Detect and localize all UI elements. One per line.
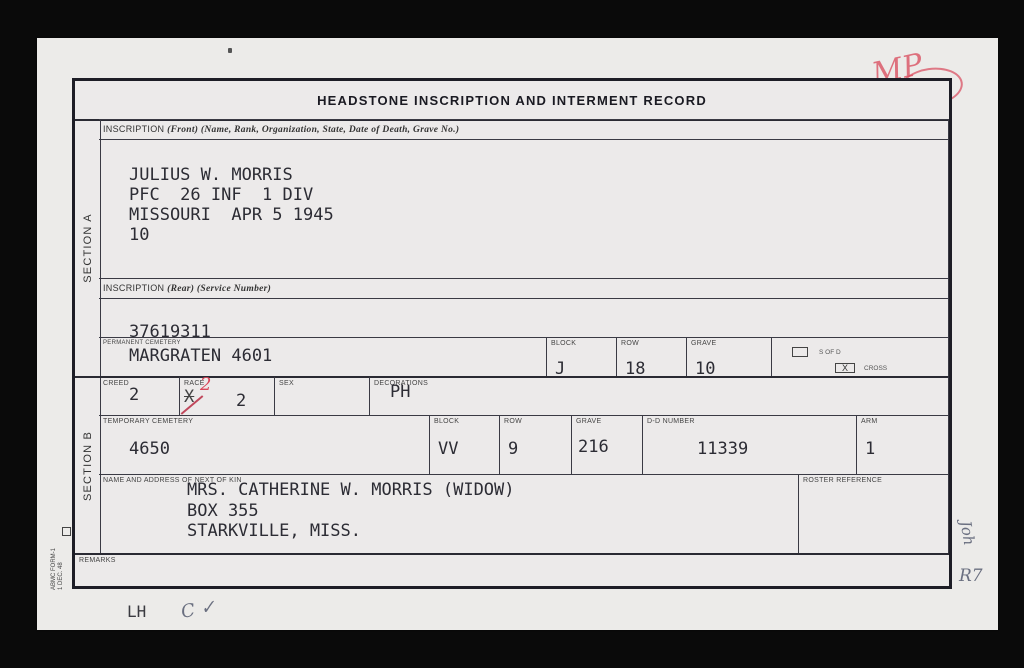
inscription-rear-label-row: INSCRIPTION (Rear) (Service Number) (99, 278, 949, 299)
permanent-cemetery-field[interactable]: PERMANENT CEMETERY MARGRATEN 4601 (99, 337, 547, 377)
side-pencil-note-2: R7 (959, 566, 983, 586)
bottom-pencil-mark: C ✓ (179, 596, 217, 623)
side-pencil-note-1: Joh (956, 519, 978, 546)
race-value: 2 (236, 392, 246, 411)
creed-label: CREED (103, 380, 129, 387)
temp-row-label: ROW (504, 418, 522, 425)
section-b-column: SECTION B (75, 376, 101, 553)
sex-label: SEX (279, 380, 294, 387)
arm-field[interactable]: ARM 1 (856, 415, 949, 475)
inscription-rear-label: INSCRIPTION (Rear) (Service Number) (103, 283, 271, 294)
inscription-front-label-detail: (Front) (Name, Rank, Organization, State… (167, 125, 459, 135)
next-of-kin-line-1: MRS. CATHERINE W. MORRIS (WIDOW) (187, 481, 515, 500)
form-id-line-1: ABMC FORM-1 (51, 548, 58, 590)
form-grid: HEADSTONE INSCRIPTION AND INTERMENT RECO… (72, 78, 952, 589)
temp-grave-label: GRAVE (576, 418, 602, 425)
temp-grave-field[interactable]: GRAVE 216 (571, 415, 643, 475)
permanent-row-field[interactable]: ROW 18 (616, 337, 687, 377)
permanent-grave-field[interactable]: GRAVE 10 (686, 337, 772, 377)
temp-block-field[interactable]: BLOCK VV (429, 415, 500, 475)
inscription-front-label: INSCRIPTION (Front) (Name, Rank, Organiz… (103, 124, 459, 135)
section-b-label: SECTION B (82, 430, 94, 500)
inscription-front-line-4: 10 (129, 226, 149, 245)
temp-row-field[interactable]: ROW 9 (499, 415, 572, 475)
arm-label: ARM (861, 418, 877, 425)
decorations-field[interactable]: DECORATIONS PH (369, 376, 949, 416)
inscription-rear-field[interactable]: 37619311 (99, 298, 949, 338)
form-id-label: ABMC FORM-1 1 DEC. 48 (51, 548, 65, 590)
inscription-front-line-3: MISSOURI APR 5 1945 (129, 206, 334, 225)
cross-check-mark: X (842, 363, 848, 373)
inscription-front-label-prefix: INSCRIPTION (103, 124, 164, 134)
dd-number-value: 11339 (697, 440, 748, 459)
creed-value: 2 (129, 386, 139, 405)
inscription-front-field[interactable]: JULIUS W. MORRIS PFC 26 INF 1 DIV MISSOU… (99, 139, 949, 279)
race-red-correction: 2 (200, 374, 211, 395)
section-a-label: SECTION A (82, 213, 94, 282)
permanent-cemetery-value: MARGRATEN 4601 (129, 347, 272, 366)
remarks-field[interactable]: REMARKS (75, 553, 949, 586)
temp-block-label: BLOCK (434, 418, 459, 425)
marker-type-field: S OF D X CROSS (771, 337, 949, 377)
remarks-label: REMARKS (79, 557, 116, 564)
inscription-rear-label-detail: (Rear) (Service Number) (167, 284, 271, 294)
inscription-rear-label-prefix: INSCRIPTION (103, 283, 164, 293)
permanent-row-label: ROW (621, 340, 639, 347)
paper-speck (228, 48, 232, 53)
form-title: HEADSTONE INSCRIPTION AND INTERMENT RECO… (75, 81, 949, 121)
inscription-front-line-1: JULIUS W. MORRIS (129, 166, 293, 185)
record-card: MP HEADSTONE INSCRIPTION AND INTERMENT R… (37, 38, 998, 630)
next-of-kin-field[interactable]: NAME AND ADDRESS OF NEXT OF KIN MRS. CAT… (99, 474, 799, 554)
roster-reference-field[interactable]: ROSTER REFERENCE (798, 474, 949, 554)
decorations-value: PH (390, 383, 410, 402)
next-of-kin-line-3: STARKVILLE, MISS. (187, 522, 361, 541)
s-of-d-checkbox[interactable] (792, 347, 808, 357)
form-id-box (62, 527, 71, 536)
temporary-cemetery-value: 4650 (129, 440, 170, 459)
permanent-block-field[interactable]: BLOCK J (546, 337, 617, 377)
section-a-column: SECTION A (75, 119, 101, 376)
temp-block-value: VV (438, 440, 458, 459)
dd-number-label: D-D NUMBER (647, 418, 695, 425)
next-of-kin-line-2: BOX 355 (187, 502, 259, 521)
creed-field[interactable]: CREED 2 (99, 376, 180, 416)
inscription-front-label-row: INSCRIPTION (Front) (Name, Rank, Organiz… (99, 119, 949, 140)
form-id-line-2: 1 DEC. 48 (58, 548, 65, 590)
arm-value: 1 (865, 440, 875, 459)
s-of-d-label: S OF D (819, 349, 841, 356)
sex-field[interactable]: SEX (274, 376, 370, 416)
temp-row-value: 9 (508, 440, 518, 459)
temporary-cemetery-label: TEMPORARY CEMETERY (103, 418, 193, 425)
cross-label: CROSS (864, 365, 887, 372)
roster-reference-label: ROSTER REFERENCE (803, 477, 882, 484)
temp-grave-value: 216 (578, 438, 609, 457)
cross-checkbox[interactable]: X (835, 363, 855, 373)
permanent-grave-label: GRAVE (691, 340, 717, 347)
race-field[interactable]: RACE X 2 2 (179, 376, 275, 416)
dd-number-field[interactable]: D-D NUMBER 11339 (642, 415, 857, 475)
bottom-typed-initials: LH (127, 602, 146, 621)
temporary-cemetery-field[interactable]: TEMPORARY CEMETERY 4650 (99, 415, 430, 475)
permanent-block-label: BLOCK (551, 340, 576, 347)
inscription-front-line-2: PFC 26 INF 1 DIV (129, 186, 313, 205)
